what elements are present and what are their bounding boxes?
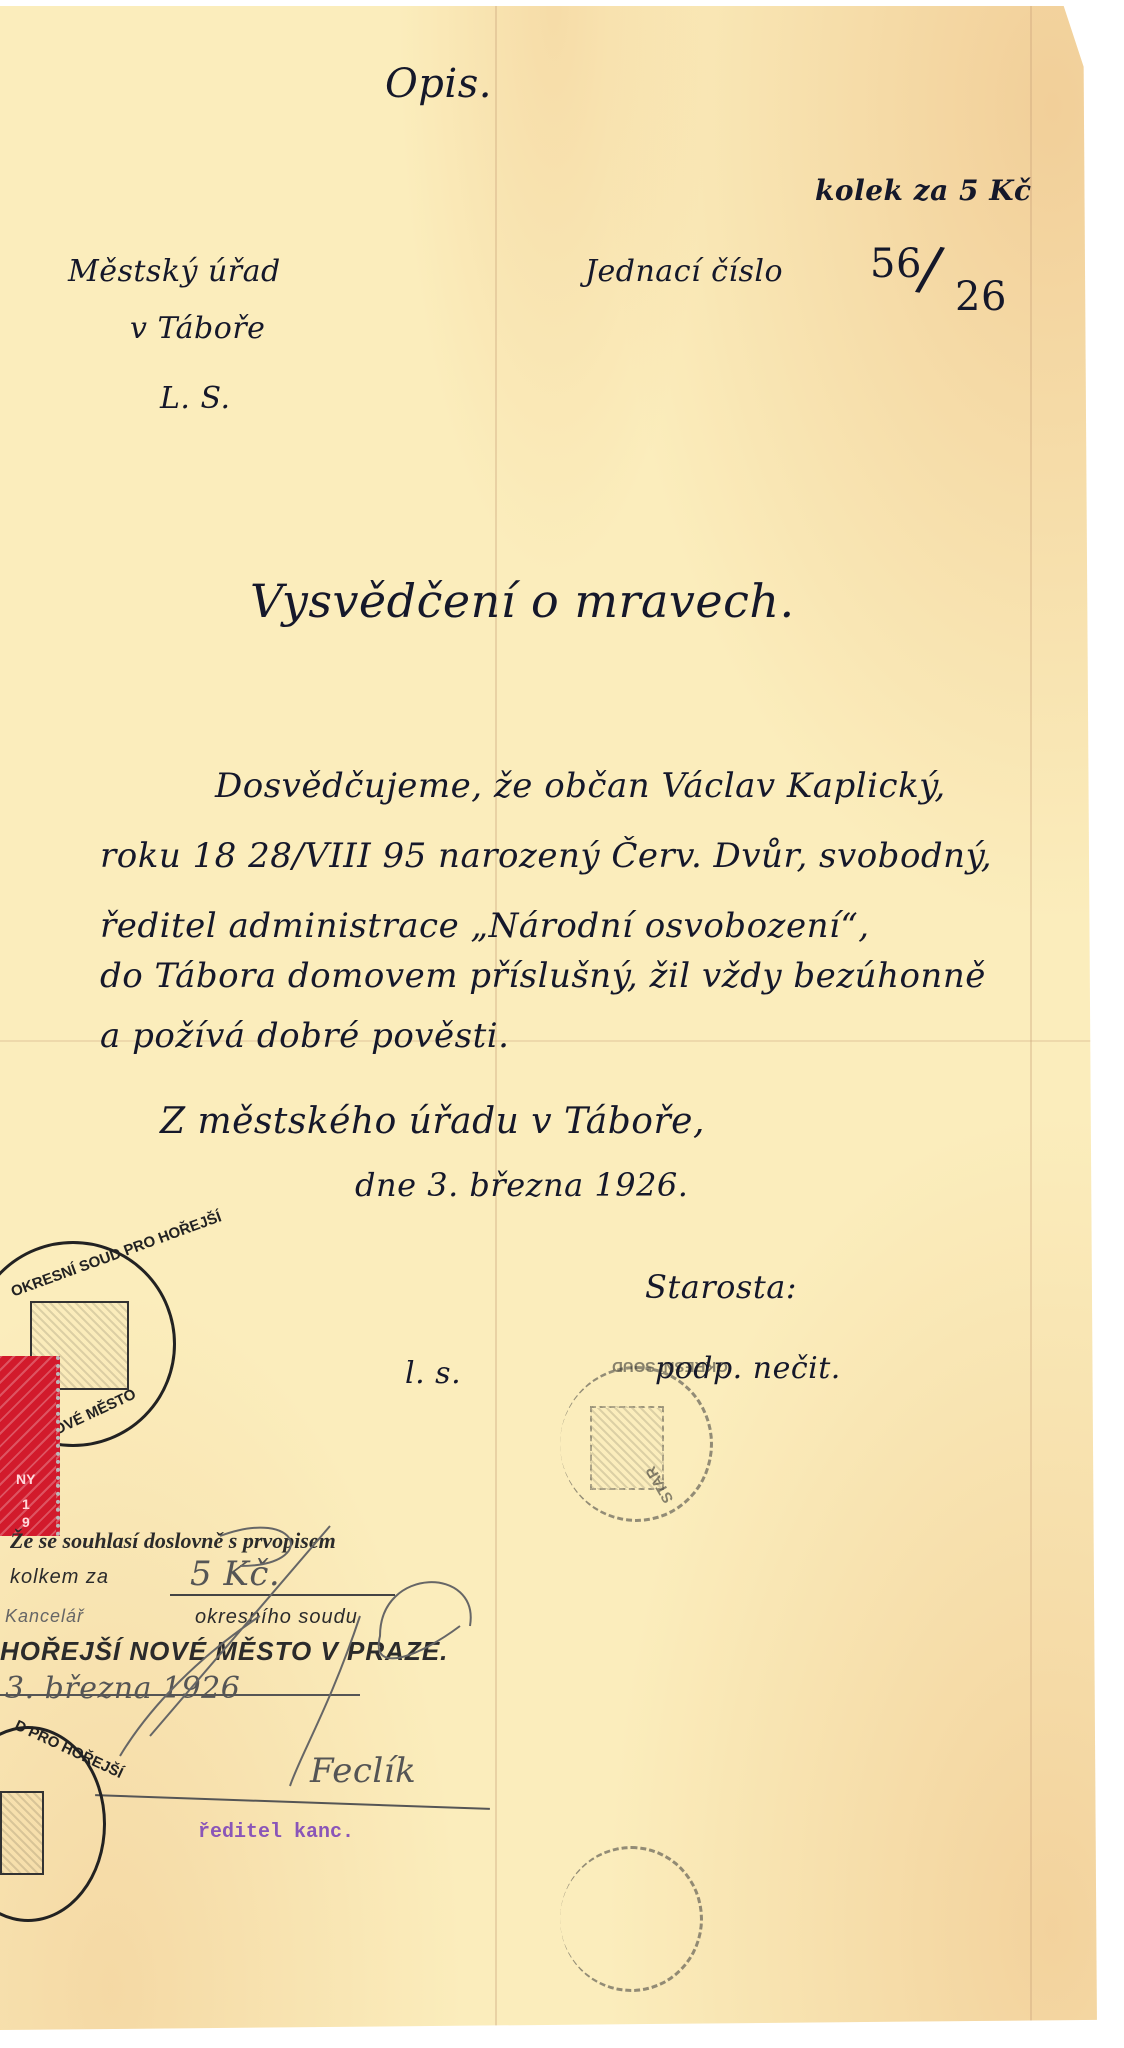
- copy-label: Opis.: [385, 61, 492, 107]
- faint-stamp-text: OKRESNÍ SOUD: [612, 1358, 728, 1375]
- office-header-line2: v Táboře: [130, 311, 265, 346]
- seal-mark-bottom: l. s.: [405, 1356, 461, 1391]
- signatory-title: Starosta:: [645, 1268, 797, 1306]
- body-line-5: a požívá dobré pověsti.: [100, 1016, 509, 1056]
- faint-court-stamp-bottom: [560, 1846, 703, 1992]
- body-line-2: roku 18 28/VIII 95 narozený Červ. Dvůr, …: [100, 836, 992, 876]
- fold-line-vertical: [1030, 6, 1032, 2030]
- stamp-fee-note: kolek za 5 Kč: [815, 174, 1032, 207]
- reference-label: Jednací číslo: [585, 254, 783, 289]
- document-page: Opis. kolek za 5 Kč Městský úřad v Táboř…: [0, 6, 1108, 2030]
- date-line: dne 3. března 1926.: [355, 1166, 688, 1204]
- title-stamp: ředitel kanc.: [198, 1821, 354, 1844]
- lion-crest-icon-lower: [0, 1791, 44, 1875]
- reference-number-bottom: 26: [955, 274, 1007, 320]
- revenue-stamp-text-1: NY: [16, 1471, 35, 1487]
- document-title: Vysvědčení o mravech.: [250, 574, 795, 628]
- body-line-3: ředitel administrace „Národní osvobození…: [100, 906, 870, 946]
- place-line: Z městského úřadu v Táboře,: [160, 1101, 705, 1142]
- body-line-1: Dosvědčujeme, že občan Václav Kaplický,: [215, 766, 946, 806]
- body-line-4: do Tábora domovem příslušný, žil vždy be…: [100, 956, 986, 996]
- faint-crest-icon: [590, 1406, 664, 1490]
- office-header-line1: Městský úřad: [68, 254, 281, 289]
- office-seal-mark: L. S.: [160, 381, 231, 416]
- reference-number-top: 56: [870, 241, 922, 287]
